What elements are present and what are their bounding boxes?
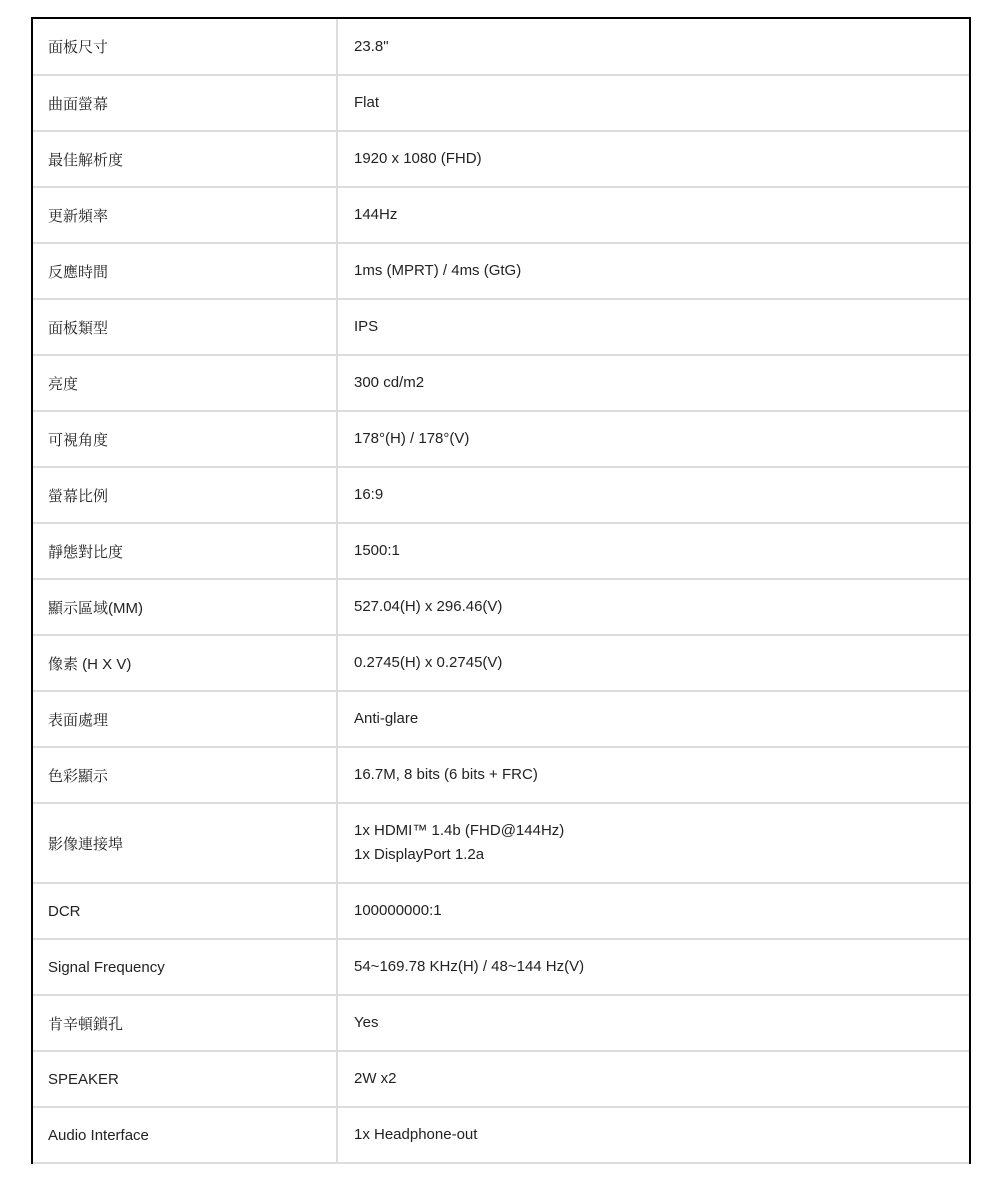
spec-row-panel-type: 面板類型 IPS xyxy=(33,300,969,356)
spec-row-display-area: 顯示區域(MM) 527.04(H) x 296.46(V) xyxy=(33,580,969,636)
spec-value: 0.2745(H) x 0.2745(V) xyxy=(338,636,969,690)
spec-row-audio-interface: Audio Interface 1x Headphone-out xyxy=(33,1108,969,1164)
spec-value-line: 1x HDMI™ 1.4b (FHD@144Hz) xyxy=(354,819,969,843)
spec-value: 100000000:1 xyxy=(338,884,969,938)
spec-value: 16:9 xyxy=(338,468,969,522)
spec-value: 2W x2 xyxy=(338,1052,969,1106)
spec-row-viewing-angle: 可視角度 178°(H) / 178°(V) xyxy=(33,412,969,468)
spec-label: 肯辛頓鎖孔 xyxy=(33,996,338,1050)
spec-value: 23.8" xyxy=(338,19,969,74)
spec-value: Yes xyxy=(338,996,969,1050)
spec-value: 1920 x 1080 (FHD) xyxy=(338,132,969,186)
spec-row-signal-frequency: Signal Frequency 54~169.78 KHz(H) / 48~1… xyxy=(33,940,969,996)
spec-value: 1x HDMI™ 1.4b (FHD@144Hz) 1x DisplayPort… xyxy=(338,804,969,882)
spec-label: 螢幕比例 xyxy=(33,468,338,522)
spec-row-dcr: DCR 100000000:1 xyxy=(33,884,969,940)
spec-value: 527.04(H) x 296.46(V) xyxy=(338,580,969,634)
spec-label: DCR xyxy=(33,884,338,938)
spec-row-response-time: 反應時間 1ms (MPRT) / 4ms (GtG) xyxy=(33,244,969,300)
spec-row-resolution: 最佳解析度 1920 x 1080 (FHD) xyxy=(33,132,969,188)
spec-value: 178°(H) / 178°(V) xyxy=(338,412,969,466)
spec-label: 靜態對比度 xyxy=(33,524,338,578)
spec-label: 可視角度 xyxy=(33,412,338,466)
spec-row-colors: 色彩顯示 16.7M, 8 bits (6 bits + FRC) xyxy=(33,748,969,804)
spec-value: 1500:1 xyxy=(338,524,969,578)
spec-value: 54~169.78 KHz(H) / 48~144 Hz(V) xyxy=(338,940,969,994)
spec-row-brightness: 亮度 300 cd/m2 xyxy=(33,356,969,412)
spec-value: 300 cd/m2 xyxy=(338,356,969,410)
spec-label: 顯示區域(MM) xyxy=(33,580,338,634)
spec-label: 更新頻率 xyxy=(33,188,338,242)
spec-value-line: 1x DisplayPort 1.2a xyxy=(354,843,969,867)
spec-row-refresh-rate: 更新頻率 144Hz xyxy=(33,188,969,244)
spec-value: IPS xyxy=(338,300,969,354)
spec-value: 144Hz xyxy=(338,188,969,242)
spec-label: 面板尺寸 xyxy=(33,19,338,74)
spec-label: 反應時間 xyxy=(33,244,338,298)
spec-label: Audio Interface xyxy=(33,1108,338,1162)
spec-value: Anti-glare xyxy=(338,692,969,746)
spec-row-panel-size: 面板尺寸 23.8" xyxy=(33,19,969,76)
spec-row-surface: 表面處理 Anti-glare xyxy=(33,692,969,748)
spec-label: 亮度 xyxy=(33,356,338,410)
spec-row-curvature: 曲面螢幕 Flat xyxy=(33,76,969,132)
spec-label: SPEAKER xyxy=(33,1052,338,1106)
spec-row-video-ports: 影像連接埠 1x HDMI™ 1.4b (FHD@144Hz) 1x Displ… xyxy=(33,804,969,884)
spec-value: 16.7M, 8 bits (6 bits + FRC) xyxy=(338,748,969,802)
spec-value: 1ms (MPRT) / 4ms (GtG) xyxy=(338,244,969,298)
spec-value: Flat xyxy=(338,76,969,130)
spec-row-speaker: SPEAKER 2W x2 xyxy=(33,1052,969,1108)
spec-row-pixel-pitch: 像素 (H X V) 0.2745(H) x 0.2745(V) xyxy=(33,636,969,692)
spec-label: 表面處理 xyxy=(33,692,338,746)
spec-label: 影像連接埠 xyxy=(33,804,338,882)
spec-label: 色彩顯示 xyxy=(33,748,338,802)
spec-table: 面板尺寸 23.8" 曲面螢幕 Flat 最佳解析度 1920 x 1080 (… xyxy=(31,17,971,1164)
spec-label: 曲面螢幕 xyxy=(33,76,338,130)
spec-row-kensington: 肯辛頓鎖孔 Yes xyxy=(33,996,969,1052)
spec-row-aspect-ratio: 螢幕比例 16:9 xyxy=(33,468,969,524)
spec-label: 像素 (H X V) xyxy=(33,636,338,690)
spec-label: 面板類型 xyxy=(33,300,338,354)
spec-value: 1x Headphone-out xyxy=(338,1108,969,1162)
spec-label: 最佳解析度 xyxy=(33,132,338,186)
spec-row-contrast: 靜態對比度 1500:1 xyxy=(33,524,969,580)
spec-label: Signal Frequency xyxy=(33,940,338,994)
